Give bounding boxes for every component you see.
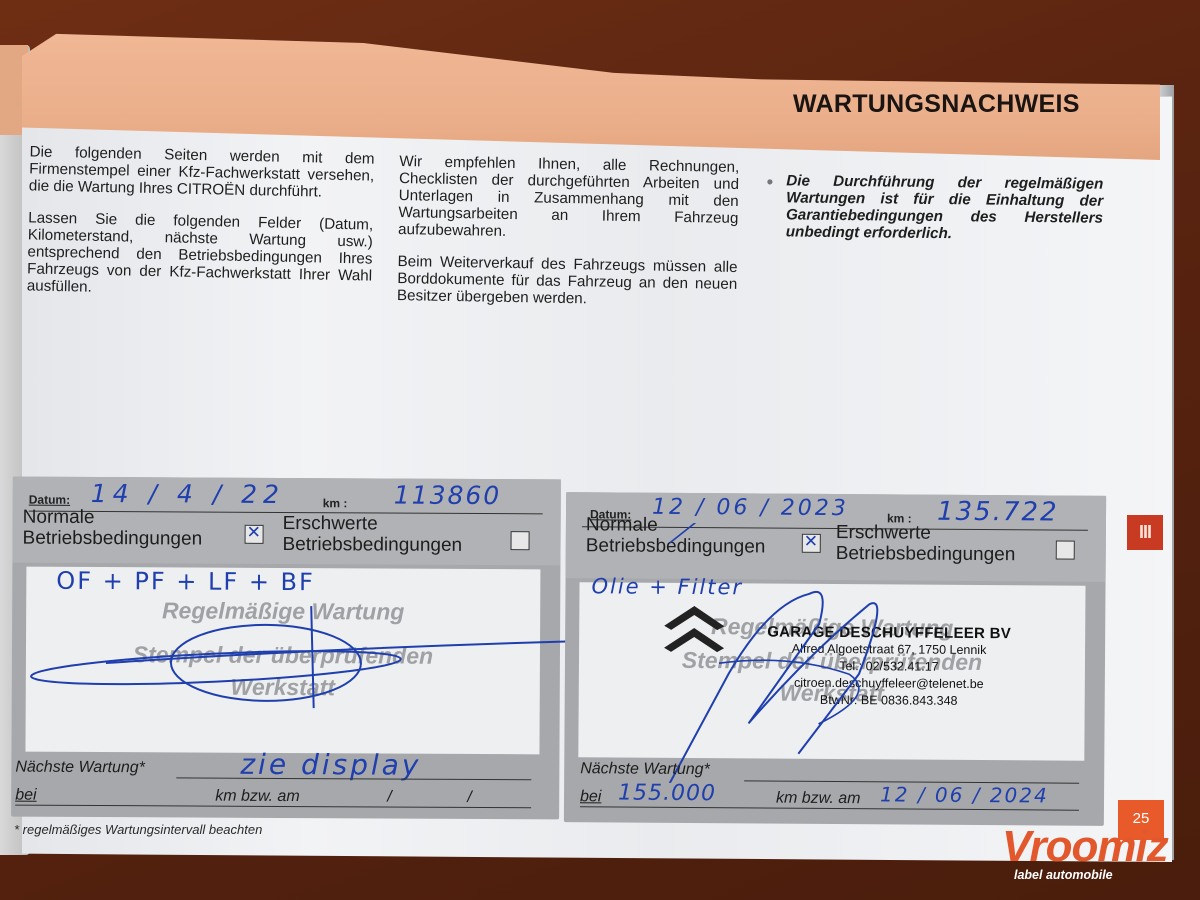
date-value[interactable]: 14 / 4 / 22: [91, 479, 285, 509]
garage-vat: BtwNr: BE 0836.843.348: [709, 691, 1069, 711]
next-service-label: Nächste Wartung*: [15, 759, 145, 777]
next-km-value[interactable]: 155.000: [618, 780, 716, 806]
intro-paragraph: Die folgenden Seiten werden mit dem Firm…: [29, 143, 375, 201]
page-title: WARTUNGSNACHWEIS: [793, 90, 1080, 119]
severe-label-line1: Erschwerte: [283, 513, 463, 535]
intro-column-1: Die folgenden Seiten werden mit dem Firm…: [26, 143, 374, 316]
normal-label-line1: Normale: [586, 514, 766, 536]
km-value[interactable]: 113860: [394, 481, 502, 511]
stamp-placeholder-line: Werkstatt: [26, 669, 540, 707]
normal-conditions-checkbox[interactable]: [802, 534, 821, 553]
garage-stamp: GARAGE DESCHUYFFELEER BV Alfred Algoetst…: [709, 623, 1070, 711]
normal-conditions-checkbox[interactable]: [245, 525, 264, 544]
severe-label-line2: Betriebsbedingungen: [282, 534, 462, 556]
watermark-tagline: label automobile: [1014, 868, 1113, 882]
severe-conditions-checkbox[interactable]: [1056, 541, 1075, 560]
next-service-label: Nächste Wartung*: [580, 760, 710, 778]
next-date-value[interactable]: 12 / 06 / 2024: [880, 782, 1049, 807]
normal-conditions-label: Normale Betriebsbedingungen: [23, 507, 203, 550]
watermark-brand: Vroomiz: [1002, 822, 1168, 872]
km-label: km :: [323, 496, 348, 510]
next-service-value[interactable]: zie display: [240, 748, 421, 782]
intro-paragraph: Lassen Sie die folgenden Felder (Datum, …: [27, 209, 374, 301]
section-tab: III: [1127, 515, 1163, 550]
km-or-date-label: km bzw. am: [215, 788, 300, 806]
stamp-placeholder-line: Regelmäßige Wartung: [26, 593, 540, 631]
severe-conditions-label: Erschwerte Betriebsbedingungen: [836, 522, 1016, 565]
at-label: bei: [580, 788, 601, 805]
footnote: * regelmäßiges Wartungsintervall beachte…: [14, 822, 262, 837]
intro-column-2: Wir empfehlen Ihnen, alle Rechnungen, Ch…: [397, 153, 740, 325]
km-or-date-label: km bzw. am: [776, 790, 861, 809]
normal-label-line1: Normale: [23, 507, 203, 529]
at-label: bei: [15, 787, 36, 804]
normal-label-line2: Betriebsbedingungen: [586, 535, 766, 557]
date-label: Datum:: [29, 493, 70, 507]
date-separator: /: [387, 789, 392, 807]
severe-label-line1: Erschwerte: [836, 522, 1016, 544]
work-done-text[interactable]: Olie + Filter: [591, 574, 743, 599]
service-entry-1: Datum: 14 / 4 / 22 km : 113860 Normale B…: [11, 477, 561, 820]
intro-paragraph: Beim Weiterverkauf des Fahrzeugs müssen …: [397, 253, 738, 310]
bullet-icon: ●: [766, 173, 773, 190]
date-separator: /: [467, 789, 472, 807]
warranty-note: ●Die Durchführung der regelmäßigen Wartu…: [768, 172, 1104, 259]
normal-label-line2: Betriebsbedingungen: [23, 528, 203, 550]
severe-conditions-label: Erschwerte Betriebsbedingungen: [282, 513, 462, 556]
service-entry-2: Datum: 12 / 06 / 2023 km : 135.722 Norma…: [564, 492, 1106, 826]
severe-conditions-checkbox[interactable]: [511, 531, 530, 550]
normal-conditions-label: Normale Betriebsbedingungen: [586, 514, 766, 557]
intro-paragraph: Wir empfehlen Ihnen, alle Rechnungen, Ch…: [398, 153, 739, 244]
next-service-row: Nächste Wartung*: [580, 760, 1086, 782]
next-service-row: Nächste Wartung* zie display: [15, 759, 541, 780]
work-done-text[interactable]: OF + PF + LF + BF: [56, 567, 315, 596]
stamp-area: Regelmäßige Wartung Stempel der überprüf…: [578, 582, 1085, 761]
stamp-area: Regelmäßige Wartung Stempel der überprüf…: [25, 567, 540, 755]
severe-label-line2: Betriebsbedingungen: [836, 543, 1016, 565]
warranty-note-text: Die Durchführung der regelmäßigen Wartun…: [786, 172, 1104, 242]
